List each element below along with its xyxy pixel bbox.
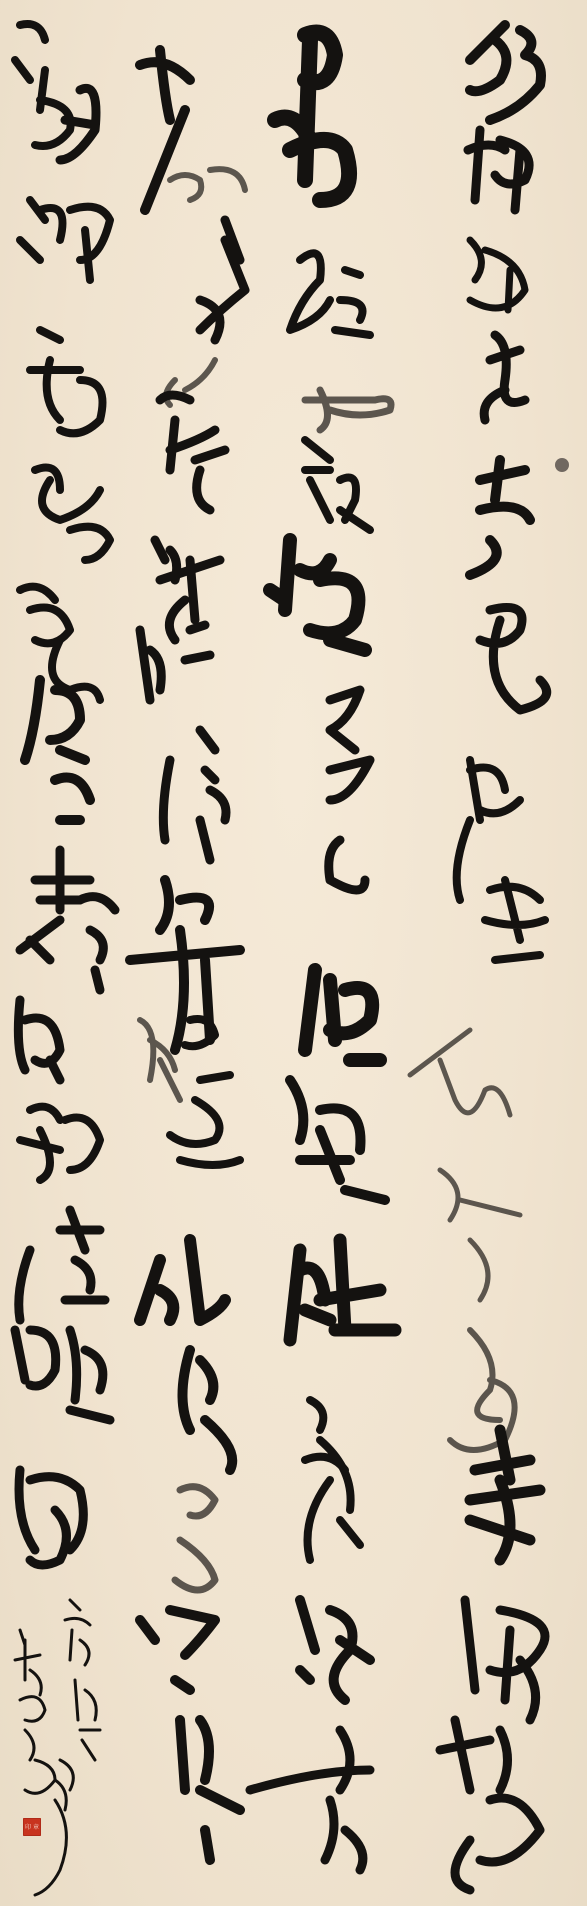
ink-spot (555, 458, 569, 472)
column-1 (410, 25, 547, 1890)
calligraphy-ink-strokes (0, 0, 587, 1906)
artist-seal: 印 章 (23, 1818, 41, 1836)
calligraphy-scroll: 印 章 Chinese cursive-script calligraphy s… (0, 0, 587, 1906)
inscription (15, 1600, 100, 1895)
column-2 (250, 33, 395, 1871)
seal-char: 印 (24, 1824, 32, 1831)
column-4 (15, 24, 115, 1565)
column-3 (130, 50, 245, 1860)
seal-char: 章 (32, 1824, 40, 1831)
